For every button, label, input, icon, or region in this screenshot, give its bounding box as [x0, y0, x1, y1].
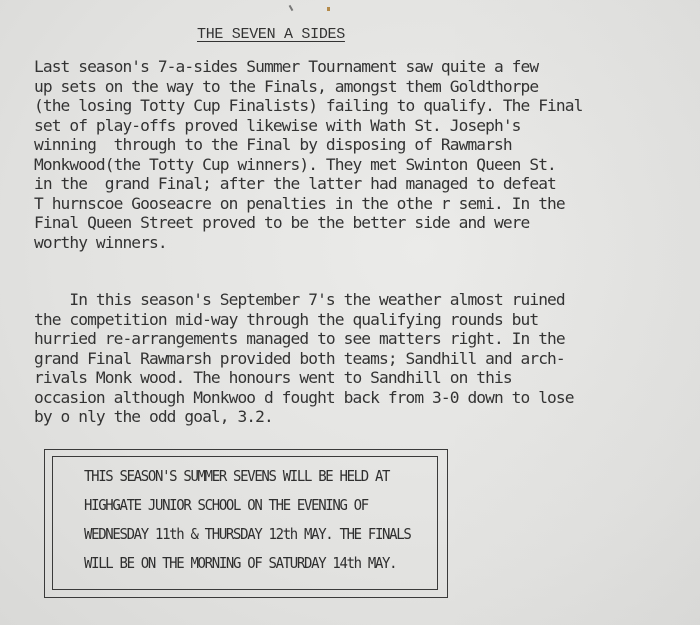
paragraph-this-season: In this season's September 7's the weath… — [34, 290, 684, 427]
document-page: THE SEVEN A SIDES Last season's 7-a-side… — [0, 0, 700, 625]
ink-mark — [289, 5, 294, 11]
article-title: THE SEVEN A SIDES — [197, 26, 345, 43]
notice-text: THIS SEASON'S SUMMER SEVENS WILL BE HELD… — [84, 462, 410, 578]
stain-mark — [327, 7, 330, 11]
paragraph-last-season: Last season's 7-a-sides Summer Tournamen… — [34, 57, 684, 252]
